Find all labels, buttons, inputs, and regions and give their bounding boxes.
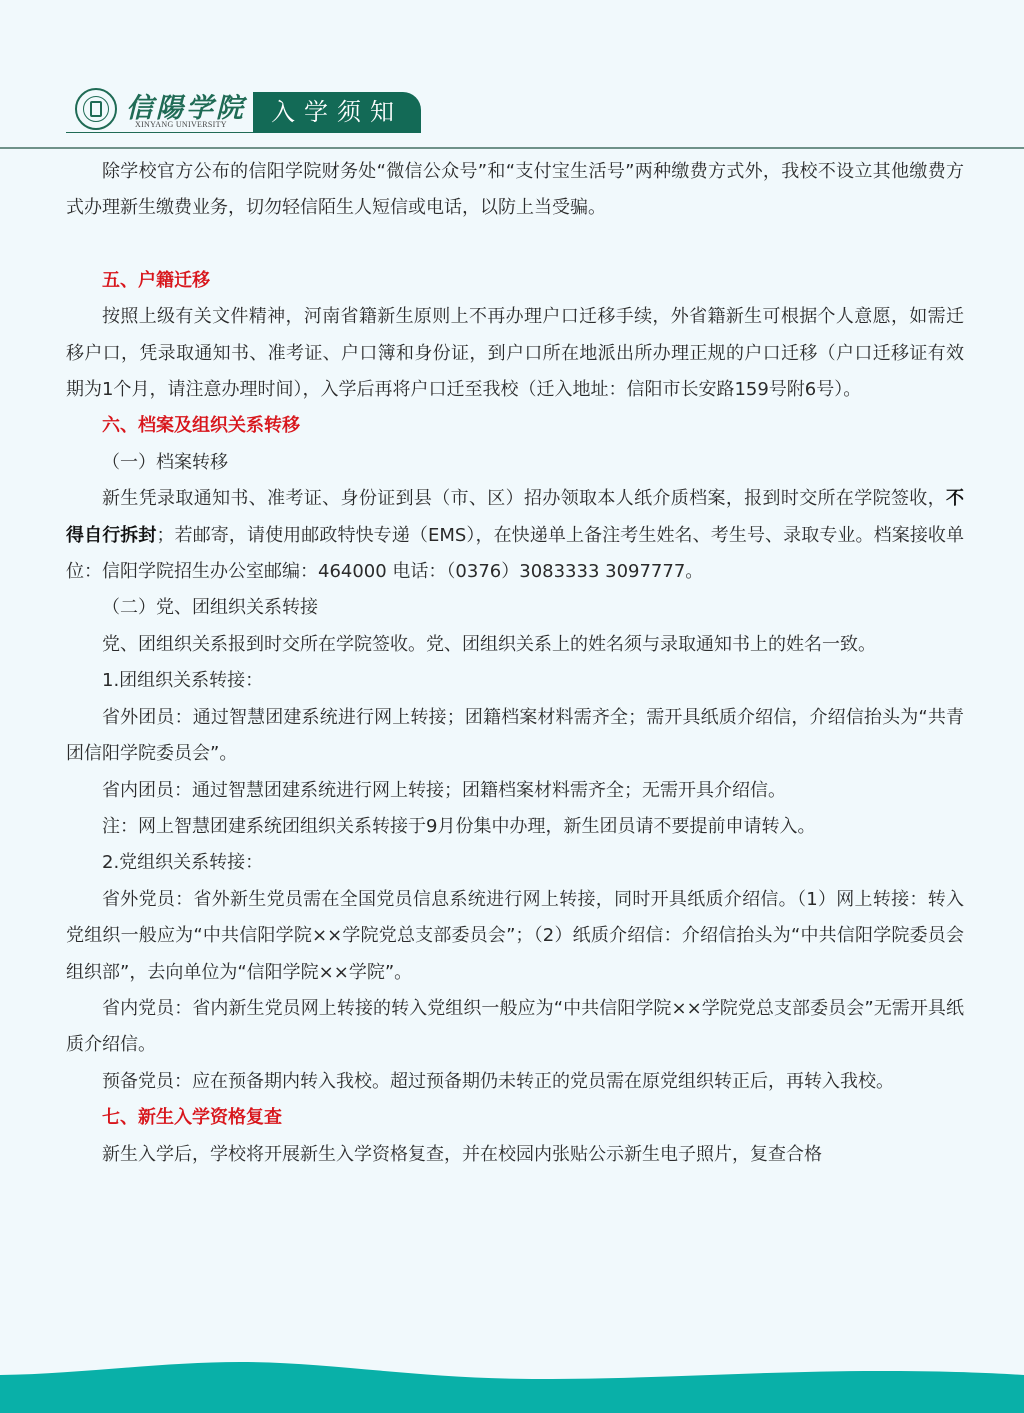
subheading-archive-transfer: （一）档案转移	[66, 445, 964, 481]
footer-wave-decoration	[0, 1360, 1024, 1413]
league-transfer-title: 1.团组织关系转接：	[66, 663, 964, 699]
section-tab: 入学须知	[253, 92, 421, 133]
league-note: 注：网上智慧团建系统团组织关系转接于9月份集中办理，新生团员请不要提前申请转入。	[66, 809, 964, 845]
archive-paragraph: 新生凭录取通知书、准考证、身份证到县（市、区）招办领取本人纸介质档案，报到时交所…	[66, 481, 964, 590]
university-seal-icon	[75, 88, 117, 130]
page-header: 信陽学院 XINYANG UNIVERSITY 入学须知	[0, 0, 1024, 150]
spacer	[66, 227, 964, 263]
header-rule	[0, 147, 1024, 149]
party-transfer-title: 2.党组织关系转接：	[66, 845, 964, 881]
eligibility-paragraph: 新生入学后，学校将开展新生入学资格复查，并在校园内张贴公示新生电子照片，复查合格	[66, 1137, 964, 1173]
org-transfer-paragraph: 党、团组织关系报到时交所在学院签收。党、团组织关系上的姓名须与录取通知书上的姓名…	[66, 627, 964, 663]
logo-school-name-en: XINYANG UNIVERSITY	[135, 120, 227, 129]
logo-divider	[66, 132, 254, 133]
league-in-province: 省内团员：通过智慧团建系统进行网上转接；团籍档案材料需齐全；无需开具介绍信。	[66, 773, 964, 809]
household-paragraph: 按照上级有关文件精神，河南省籍新生原则上不再办理户口迁移手续，外省籍新生可根据个…	[66, 299, 964, 408]
party-probationary: 预备党员：应在预备期内转入我校。超过预备期仍未转正的党员需在原党组织转正后，再转…	[66, 1064, 964, 1100]
archive-text-a: 新生凭录取通知书、准考证、身份证到县（市、区）招办领取本人纸介质档案，报到时交所…	[102, 488, 946, 509]
league-out-province: 省外团员：通过智慧团建系统进行网上转接；团籍档案材料需齐全；需开具纸质介绍信，介…	[66, 700, 964, 773]
document-body: 除学校官方公布的信阳学院财务处“微信公众号”和“支付宝生活号”两种缴费方式外，我…	[66, 154, 964, 1173]
party-out-province: 省外党员：省外新生党员需在全国党员信息系统进行网上转接，同时开具纸质介绍信。（1…	[66, 882, 964, 991]
archive-text-b: ；若邮寄，请使用邮政特快专递（EMS），在快递单上备注考生姓名、考生号、录取专业…	[66, 525, 964, 582]
subheading-org-transfer: （二）党、团组织关系转接	[66, 590, 964, 626]
party-in-province: 省内党员：省内新生党员网上转接的转入党组织一般应为“中共信阳学院××学院党总支部…	[66, 991, 964, 1064]
section-heading-eligibility: 七、新生入学资格复查	[66, 1100, 964, 1136]
section-heading-archives: 六、档案及组织关系转移	[66, 408, 964, 444]
section-tab-label: 入学须知	[253, 92, 421, 133]
section-heading-household: 五、户籍迁移	[66, 263, 964, 299]
intro-paragraph: 除学校官方公布的信阳学院财务处“微信公众号”和“支付宝生活号”两种缴费方式外，我…	[66, 154, 964, 227]
